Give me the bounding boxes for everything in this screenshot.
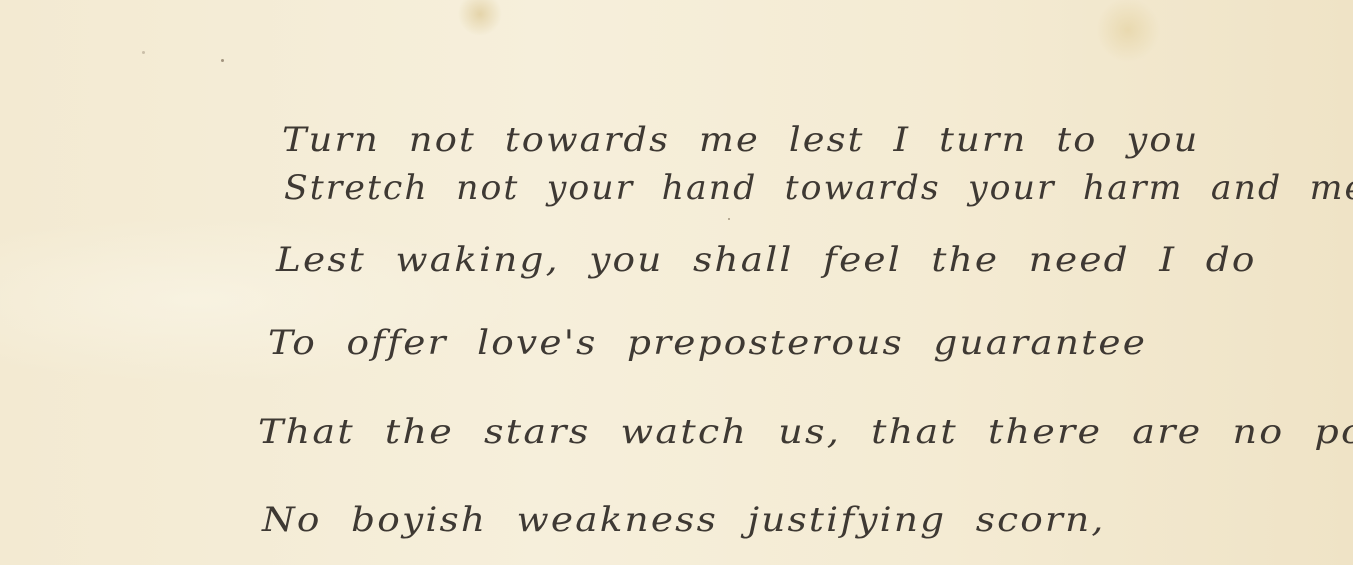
paper-speck: [728, 218, 730, 220]
manuscript-line-1: Turn not towards me lest I turn to you: [282, 120, 1199, 160]
manuscript-line-4: To offer love's preposterous guarantee: [268, 323, 1147, 363]
paper-speck: [142, 51, 145, 54]
manuscript-line-5: That the stars watch us, that there are …: [258, 412, 1353, 452]
paper-speck: [221, 59, 224, 62]
manuscript-line-2: Stretch not your hand towards your harm …: [284, 168, 1353, 208]
manuscript-line-3: Lest waking, you shall feel the need I d…: [276, 240, 1257, 280]
manuscript-page: Turn not towards me lest I turn to you S…: [0, 0, 1353, 565]
manuscript-line-6: No boyish weakness justifying scorn,: [262, 500, 1105, 540]
